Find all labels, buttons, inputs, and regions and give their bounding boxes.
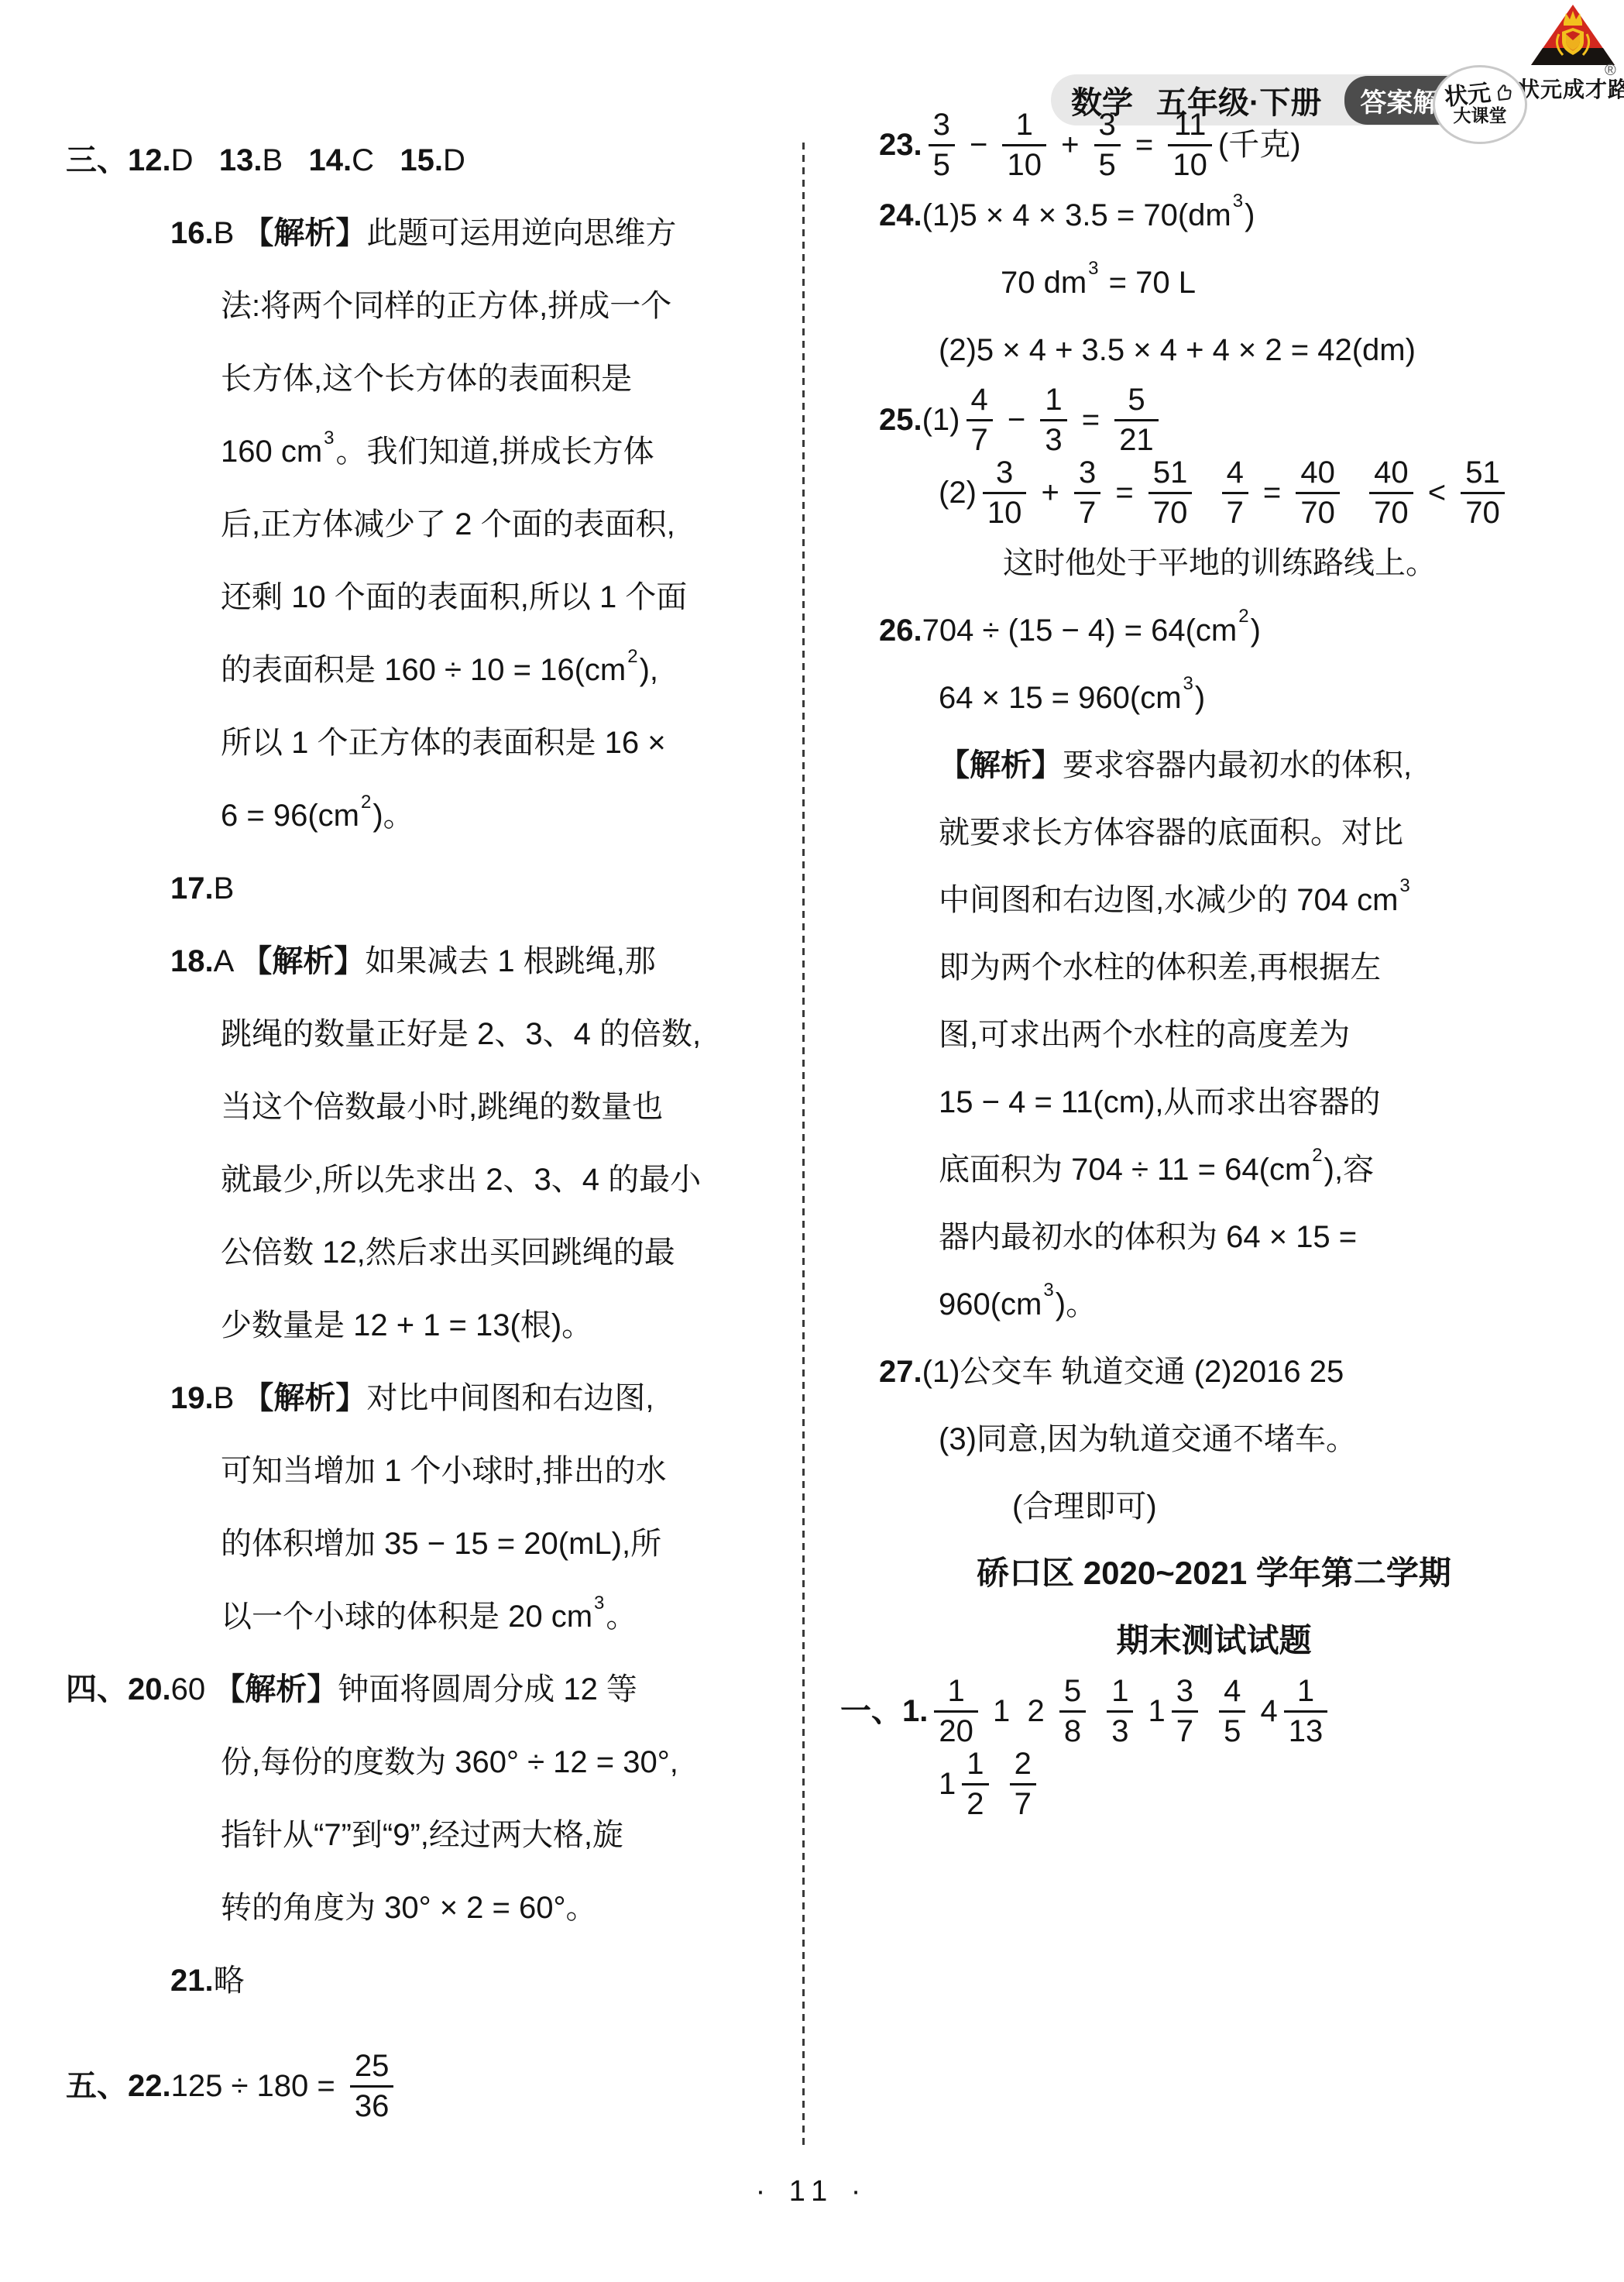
superscript: 3 <box>1183 673 1193 696</box>
answer-line: 27.(1)公交车 轨道交通 (2)2016 25 <box>840 1338 1588 1405</box>
superscript: 3 <box>1088 258 1098 280</box>
numerator: 2 <box>1010 1748 1036 1783</box>
fraction: 5170 <box>1461 456 1505 529</box>
text-run: 就要求长方体容器的底面积。对比 <box>939 814 1403 851</box>
text-run: 704 ÷ (15 − 4) = 64(cm <box>922 612 1238 649</box>
text-run: 16. <box>170 215 214 252</box>
text-run: 1 2 <box>984 1693 1053 1730</box>
answer-line: 的表面积是 160 ÷ 10 = 16(cm2), <box>66 634 798 706</box>
text-run: = <box>1073 401 1109 438</box>
text-run: 中间图和右边图,水减少的 704 cm <box>939 882 1398 919</box>
superscript: 2 <box>1312 1145 1322 1167</box>
denominator: 5 <box>1219 1710 1245 1748</box>
numerator: 40 <box>1369 456 1413 492</box>
answer-line: 以一个小球的体积是 20 cm3。 <box>66 1580 798 1653</box>
answer-line: (合理即可) <box>840 1473 1588 1540</box>
text-run: 125 ÷ 180 = <box>171 2067 344 2105</box>
answer-line: 三、12.D 13.B 14.C 15.D <box>66 124 798 197</box>
answer-line: (2)5 × 4 + 3.5 × 4 + 4 × 2 = 42(dm) <box>840 316 1588 383</box>
text-run: 可知当增加 1 个小球时,排出的水 <box>221 1452 667 1490</box>
text-run: 当这个倍数最小时,跳绳的数量也 <box>221 1088 663 1126</box>
column-divider <box>802 143 805 2150</box>
numerator: 11 <box>1169 108 1211 144</box>
numerator: 4 <box>1219 1675 1245 1710</box>
text-run: 960(cm <box>939 1286 1042 1323</box>
text-run: 【解析】 <box>242 215 366 252</box>
answer-line: 的体积增加 35 − 15 = 20(mL),所 <box>66 1507 798 1580</box>
denominator: 20 <box>934 1710 978 1748</box>
text-run: 23. <box>879 126 922 163</box>
text-run: (合理即可) <box>1012 1488 1157 1525</box>
superscript: 2 <box>1238 606 1248 628</box>
text-run: 。 <box>606 1598 637 1635</box>
text-run: 【解析】 <box>939 747 1063 784</box>
text-run: 4 <box>1251 1693 1277 1730</box>
text-run: 份,每份的度数为 360° ÷ 12 = 30°, <box>221 1744 678 1781</box>
text-run: 160 cm <box>221 433 322 470</box>
numerator: 4 <box>967 383 993 419</box>
fraction: 47 <box>967 383 993 456</box>
fraction: 47 <box>1222 456 1248 529</box>
text-run: 少数量是 12 + 1 = 13(根)。 <box>221 1307 592 1344</box>
answer-line: 就要求长方体容器的底面积。对比 <box>840 799 1588 866</box>
numerator: 51 <box>1148 456 1193 492</box>
denominator: 3 <box>1040 419 1066 456</box>
page-number: · 11 · <box>0 2175 1624 2208</box>
text-run: 后,正方体减少了 2 个面的表面积, <box>221 506 675 543</box>
text-run: 18. <box>170 943 214 980</box>
superscript: 3 <box>594 1593 604 1615</box>
fraction: 113 <box>1284 1675 1328 1748</box>
text-run: )。 <box>1056 1286 1097 1323</box>
text-run: B <box>214 215 243 252</box>
numerator: 1 <box>1011 108 1038 144</box>
text-run: 五、 <box>66 2067 128 2105</box>
answer-line: 转的角度为 30° × 2 = 60°。 <box>66 1871 798 1944</box>
answer-line: 一、1.120 1 2 58 13 137 45 4113 <box>840 1675 1588 1748</box>
denominator: 70 <box>1369 492 1413 529</box>
text-run: 15 − 4 = 11(cm),从而求出容器的 <box>939 1084 1381 1121</box>
text-run: (2) <box>939 474 977 511</box>
text-run: 【解析】 <box>241 943 365 980</box>
answer-line: 26.704 ÷ (15 − 4) = 64(cm2) <box>840 596 1588 664</box>
text-run: ), <box>640 651 658 689</box>
text-run: 要求容器内最初水的体积, <box>1063 747 1412 784</box>
answer-line: (3)同意,因为轨道交通不堵车。 <box>840 1405 1588 1473</box>
text-run <box>1346 474 1363 511</box>
text-run: 所以 1 个正方体的表面积是 16 × <box>221 724 666 761</box>
text-run: 指针从“7”到“9”,经过两大格,旋 <box>221 1816 623 1854</box>
text-run: = <box>1107 474 1142 511</box>
denominator: 36 <box>350 2085 394 2122</box>
fraction: 120 <box>934 1675 978 1748</box>
answer-line: 图,可求出两个水柱的高度差为 <box>840 1001 1588 1068</box>
answer-line: 【解析】要求容器内最初水的体积, <box>840 731 1588 799</box>
text-run: 【解析】 <box>242 1380 366 1417</box>
fraction: 310 <box>983 456 1027 529</box>
text-run: = 70 L <box>1100 264 1196 301</box>
text-run: B <box>262 142 308 179</box>
text-run: 一、 <box>840 1693 902 1730</box>
text-run: 转的角度为 30° × 2 = 60°。 <box>221 1889 597 1926</box>
text-run: 四、 <box>66 1671 128 1708</box>
text-run: 20. <box>128 1671 171 1708</box>
text-run: 如果减去 1 根跳绳,那 <box>365 943 656 980</box>
answer-line: 中间图和右边图,水减少的 704 cm3 <box>840 866 1588 933</box>
text-run: 21. <box>170 1962 214 1999</box>
text-run: 跳绳的数量正好是 2、3、4 的倍数, <box>221 1016 701 1053</box>
answer-line: 可知当增加 1 个小球时,排出的水 <box>66 1435 798 1507</box>
fraction: 1110 <box>1168 108 1212 181</box>
numerator: 3 <box>1074 456 1100 492</box>
answer-line: 960(cm3)。 <box>840 1270 1588 1338</box>
numerator: 25 <box>350 2050 394 2085</box>
thumbs-up-icon <box>1491 80 1516 105</box>
denominator: 5 <box>1094 144 1121 181</box>
answer-line: 17.B <box>66 852 798 925</box>
answer-line: 112 27 <box>840 1748 1588 1820</box>
text-run: )。 <box>373 797 414 834</box>
superscript: 2 <box>361 792 371 814</box>
text-run: 就最少,所以先求出 2、3、4 的最小 <box>221 1161 701 1198</box>
text-run: 22. <box>128 2067 171 2105</box>
text-run: A <box>214 943 242 980</box>
fraction: 2536 <box>350 2050 394 2122</box>
text-run <box>1092 1693 1100 1730</box>
text-run: 公倍数 12,然后求出买回跳绳的最 <box>221 1234 675 1271</box>
answer-line: (2)310 + 37 = 5170 47 = 4070 4070 < 5170 <box>840 456 1588 529</box>
text-run: 的表面积是 160 ÷ 10 = 16(cm <box>221 651 626 689</box>
brand-name-bottom: 大课堂 <box>1454 106 1507 125</box>
text-run: 。我们知道,拼成长方体 <box>336 433 654 470</box>
answer-line: 器内最初水的体积为 64 × 15 = <box>840 1203 1588 1270</box>
text-run <box>1198 474 1215 511</box>
answer-line: 16.B 【解析】此题可运用逆向思维方 <box>66 197 798 270</box>
text-run: 法:将两个同样的正方体,拼成一个 <box>221 287 671 325</box>
answer-line: 长方体,这个长方体的表面积是 <box>66 342 798 415</box>
text-run: 26. <box>879 612 922 649</box>
fraction: 58 <box>1059 1675 1086 1748</box>
denominator: 13 <box>1284 1710 1328 1748</box>
text-run: 对比中间图和右边图, <box>366 1380 654 1417</box>
text-run: 器内最初水的体积为 64 × 15 = <box>939 1218 1357 1256</box>
numerator: 1 <box>1293 1675 1319 1710</box>
text-run: 15. <box>400 142 443 179</box>
answer-line: 五、22.125 ÷ 180 = 2536 <box>66 2017 798 2155</box>
text-run: 1 <box>1139 1693 1165 1730</box>
superscript: 3 <box>1233 191 1243 213</box>
text-run: = <box>1255 474 1290 511</box>
text-run: 64 × 15 = 960(cm <box>939 679 1182 717</box>
text-run <box>995 1765 1004 1803</box>
numerator: 3 <box>991 456 1018 492</box>
denominator: 5 <box>929 144 955 181</box>
superscript: 3 <box>1043 1280 1053 1302</box>
numerator: 1 <box>1107 1675 1133 1710</box>
denominator: 10 <box>1168 144 1212 181</box>
answer-line: 24.(1)5 × 4 × 3.5 = 70(dm3) <box>840 181 1588 249</box>
fraction: 35 <box>1094 108 1121 181</box>
text-run: ) <box>1195 679 1205 717</box>
superscript: 3 <box>1399 875 1409 898</box>
answer-line: 底面积为 704 ÷ 11 = 64(cm2),容 <box>840 1136 1588 1203</box>
denominator: 10 <box>1002 144 1046 181</box>
text-run: 14. <box>308 142 352 179</box>
left-column: 三、12.D 13.B 14.C 15.D16.B 【解析】此题可运用逆向思维方… <box>66 124 798 2155</box>
text-run: 25. <box>879 401 922 438</box>
text-run: B <box>214 1380 243 1417</box>
denominator: 7 <box>1074 492 1100 529</box>
fraction: 521 <box>1114 383 1159 456</box>
fraction: 4070 <box>1296 456 1340 529</box>
text-run: (2)5 × 4 + 3.5 × 4 + 4 × 2 = 42(dm) <box>939 332 1416 369</box>
denominator: 70 <box>1461 492 1505 529</box>
text-run: 硚口区 2020~2021 学年第二学期 <box>977 1554 1451 1593</box>
answer-line: 份,每份的度数为 360° ÷ 12 = 30°, <box>66 1726 798 1799</box>
numerator: 3 <box>1094 108 1121 144</box>
fraction: 110 <box>1002 108 1046 181</box>
answer-line: 公倍数 12,然后求出买回跳绳的最 <box>66 1216 798 1289</box>
answer-line: 这时他处于平地的训练路线上。 <box>840 529 1588 596</box>
text-run: C <box>352 142 400 179</box>
denominator: 10 <box>983 492 1027 529</box>
answer-line: 64 × 15 = 960(cm3) <box>840 664 1588 731</box>
answer-line: 21.略 <box>66 1944 798 2017</box>
text-run: − <box>961 126 997 163</box>
text-run: 6 = 96(cm <box>221 797 359 834</box>
text-run: (3)同意,因为轨道交通不堵车。 <box>939 1421 1357 1458</box>
answer-line: 期末测试试题 <box>840 1607 1588 1675</box>
text-run: 1. <box>902 1693 928 1730</box>
fraction: 45 <box>1219 1675 1245 1748</box>
text-run: 的体积增加 35 − 15 = 20(mL),所 <box>221 1525 661 1562</box>
fraction: 37 <box>1172 1675 1198 1748</box>
text-run: 三、 <box>66 142 128 179</box>
numerator: 5 <box>1123 383 1149 419</box>
denominator: 7 <box>1222 492 1248 529</box>
text-run: 【解析】 <box>214 1671 338 1708</box>
fraction: 35 <box>929 108 955 181</box>
fraction: 37 <box>1074 456 1100 529</box>
superscript: 3 <box>324 428 334 450</box>
text-run: 即为两个水柱的体积差,再根据左 <box>939 949 1381 986</box>
text-run: 这时他处于平地的训练路线上。 <box>1003 545 1437 582</box>
answer-page: 数学 五年级·下册 答案解析 状元 大课堂 ® 状元成才路 三、12.D 13.… <box>0 0 1624 2282</box>
text-run: 以一个小球的体积是 20 cm <box>221 1598 592 1635</box>
superscript: 2 <box>627 646 637 668</box>
text-run: ) <box>1251 612 1261 649</box>
text-run: ) <box>1245 197 1255 234</box>
answer-line: 即为两个水柱的体积差,再根据左 <box>840 933 1588 1001</box>
denominator: 7 <box>967 419 993 456</box>
text-run: 长方体,这个长方体的表面积是 <box>221 360 632 397</box>
publisher-triangle-logo-icon <box>1530 3 1616 67</box>
answer-line: 当这个倍数最小时,跳绳的数量也 <box>66 1071 798 1143</box>
text-run: 期末测试试题 <box>1116 1621 1311 1660</box>
answer-line: 跳绳的数量正好是 2、3、4 的倍数, <box>66 998 798 1071</box>
text-run: 60 <box>171 1671 215 1708</box>
text-run: 底面积为 704 ÷ 11 = 64(cm <box>939 1151 1310 1188</box>
answer-line: 法:将两个同样的正方体,拼成一个 <box>66 270 798 342</box>
text-run: 24. <box>879 197 922 234</box>
denominator: 3 <box>1107 1710 1133 1748</box>
answer-line: 19.B 【解析】对比中间图和右边图, <box>66 1362 798 1435</box>
answer-line: 160 cm3。我们知道,拼成长方体 <box>66 415 798 488</box>
text-run: 图,可求出两个水柱的高度差为 <box>939 1016 1350 1053</box>
text-run: D <box>171 142 219 179</box>
brand-circle: 状元 大课堂 <box>1433 65 1527 144</box>
numerator: 3 <box>1172 1675 1198 1710</box>
denominator: 21 <box>1114 419 1159 456</box>
text-run: 70 dm <box>1001 264 1087 301</box>
answer-line: 硚口区 2020~2021 学年第二学期 <box>840 1540 1588 1607</box>
text-run: + <box>1052 126 1088 163</box>
text-run: < <box>1420 474 1455 511</box>
numerator: 4 <box>1222 456 1248 492</box>
denominator: 7 <box>1010 1783 1036 1820</box>
text-run: D <box>443 142 465 179</box>
answer-line: 70 dm3 = 70 L <box>840 249 1588 316</box>
numerator: 51 <box>1461 456 1505 492</box>
text-run: = <box>1127 126 1162 163</box>
text-run: (千克) <box>1218 126 1301 163</box>
numerator: 1 <box>1040 383 1066 419</box>
text-run: 略 <box>214 1962 245 1999</box>
numerator: 5 <box>1059 1675 1086 1710</box>
text-run: 17. <box>170 870 214 907</box>
text-run: 钟面将圆周分成 12 等 <box>338 1671 637 1708</box>
text-run: + <box>1032 474 1068 511</box>
fraction: 13 <box>1107 1675 1133 1748</box>
right-column: 23.35 − 110 + 35 = 1110(千克)24.(1)5 × 4 ×… <box>840 108 1588 1820</box>
answer-line: 25.(1)47 − 13 = 521 <box>840 383 1588 456</box>
text-run <box>1204 1693 1213 1730</box>
numerator: 1 <box>962 1748 988 1783</box>
text-run: 13. <box>219 142 263 179</box>
fraction: 5170 <box>1148 456 1193 529</box>
fraction: 27 <box>1010 1748 1036 1820</box>
numerator: 1 <box>942 1675 969 1710</box>
answer-line: 18.A 【解析】如果减去 1 根跳绳,那 <box>66 925 798 998</box>
answer-line: 后,正方体减少了 2 个面的表面积, <box>66 488 798 561</box>
text-run: 1 <box>939 1765 956 1803</box>
numerator: 40 <box>1296 456 1340 492</box>
text-run: 还剩 10 个面的表面积,所以 1 个面 <box>221 579 687 616</box>
text-run: 此题可运用逆向思维方 <box>366 215 676 252</box>
text-run: (1)公交车 轨道交通 (2)2016 25 <box>922 1353 1344 1390</box>
answer-line: 四、20.60 【解析】钟面将圆周分成 12 等 <box>66 1653 798 1726</box>
denominator: 2 <box>962 1783 988 1820</box>
text-run: 19. <box>170 1380 214 1417</box>
fraction: 4070 <box>1369 456 1413 529</box>
answer-line: 少数量是 12 + 1 = 13(根)。 <box>66 1289 798 1362</box>
denominator: 70 <box>1296 492 1340 529</box>
fraction: 13 <box>1040 383 1066 456</box>
fraction: 12 <box>962 1748 988 1820</box>
answer-line: 指针从“7”到“9”,经过两大格,旋 <box>66 1799 798 1871</box>
text-run: (1) <box>922 401 960 438</box>
text-run: ),容 <box>1324 1151 1374 1188</box>
answer-line: 所以 1 个正方体的表面积是 16 × <box>66 706 798 779</box>
denominator: 70 <box>1148 492 1193 529</box>
answer-line: 还剩 10 个面的表面积,所以 1 个面 <box>66 561 798 634</box>
brand-top-label: 状元 <box>1444 82 1492 110</box>
text-run: 27. <box>879 1353 922 1390</box>
text-run: 12. <box>128 142 171 179</box>
text-run: (1)5 × 4 × 3.5 = 70(dm <box>922 197 1231 234</box>
answer-line: 6 = 96(cm2)。 <box>66 779 798 852</box>
text-run: B <box>214 870 235 907</box>
answer-line: 15 − 4 = 11(cm),从而求出容器的 <box>840 1068 1588 1136</box>
denominator: 7 <box>1172 1710 1198 1748</box>
denominator: 8 <box>1059 1710 1086 1748</box>
text-run: − <box>999 401 1035 438</box>
numerator: 3 <box>929 108 955 144</box>
answer-line: 就最少,所以先求出 2、3、4 的最小 <box>66 1143 798 1216</box>
